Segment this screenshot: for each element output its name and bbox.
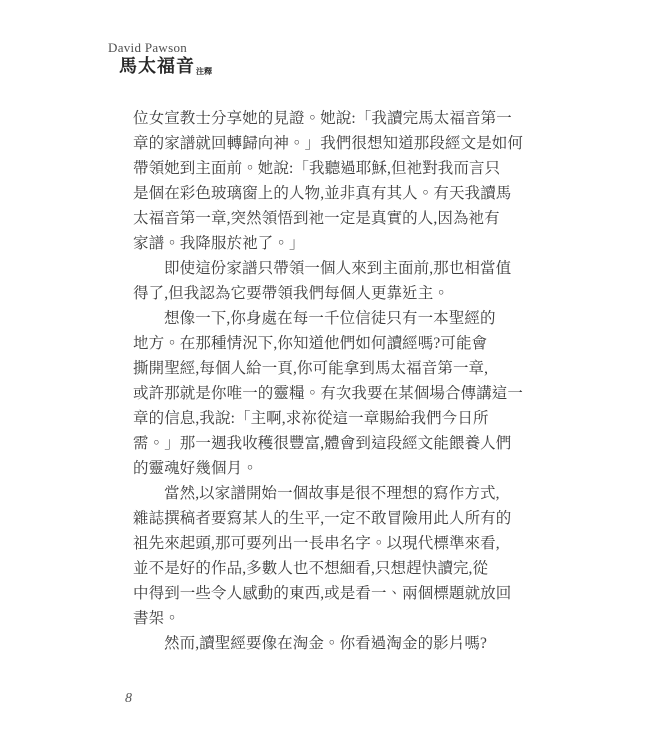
- text-line: 帶領她到主面前。她說:「我聽過耶穌,但祂對我而言只: [133, 156, 533, 181]
- text-line: 並不是好的作品,多數人也不想細看,只想趕快讀完,從: [133, 556, 533, 581]
- body-text: 位女宣教士分享她的見證。她說:「我讀完馬太福音第一章的家譜就回轉歸向神。」我們很…: [133, 106, 533, 656]
- text-line: 撕開聖經,每個人給一頁,你可能拿到馬太福音第一章,: [133, 356, 533, 381]
- text-line: 太福音第一章,突然領悟到祂一定是真實的人,因為祂有: [133, 206, 533, 231]
- text-line: 書架。: [133, 606, 533, 631]
- running-head: David Pawson 馬太福音注釋: [108, 40, 211, 80]
- book-page: David Pawson 馬太福音注釋 位女宣教士分享她的見證。她說:「我讀完馬…: [0, 0, 650, 750]
- text-line: 家譜。我降服於祂了。」: [133, 231, 533, 256]
- text-line: 想像一下,你身處在每一千位信徒只有一本聖經的: [133, 306, 533, 331]
- text-line: 需。」那一週我收穫很豐富,體會到這段經文能餵養人們: [133, 431, 533, 456]
- text-line: 的靈魂好幾個月。: [133, 456, 533, 481]
- book-title: 馬太福音: [119, 56, 195, 76]
- text-line: 得了,但我認為它要帶領我們每個人更靠近主。: [133, 281, 533, 306]
- book-title-line: 馬太福音注釋: [108, 56, 211, 80]
- text-line: 章的家譜就回轉歸向神。」我們很想知道那段經文是如何: [133, 131, 533, 156]
- text-line: 或許那就是你唯一的靈糧。有次我要在某個場合傳講這一: [133, 381, 533, 406]
- page-number: 8: [125, 691, 132, 707]
- text-line: 即使這份家譜只帶領一個人來到主面前,那也相當值: [133, 256, 533, 281]
- text-line: 章的信息,我說:「主啊,求祢從這一章賜給我們今日所: [133, 406, 533, 431]
- text-line: 然而,讀聖經要像在淘金。你看過淘金的影片嗎?: [133, 631, 533, 656]
- text-line: 中得到一些令人感動的東西,或是看一、兩個標題就放回: [133, 581, 533, 606]
- text-line: 是個在彩色玻璃窗上的人物,並非真有其人。有天我讀馬: [133, 181, 533, 206]
- author-name: David Pawson: [108, 40, 211, 55]
- text-line: 地方。在那種情況下,你知道他們如何讀經嗎?可能會: [133, 331, 533, 356]
- text-line: 位女宣教士分享她的見證。她說:「我讀完馬太福音第一: [133, 106, 533, 131]
- book-title-suffix: 注釋: [196, 67, 212, 76]
- text-line: 雜誌撰稿者要寫某人的生平,一定不敢冒險用此人所有的: [133, 506, 533, 531]
- text-line: 祖先來起頭,那可要列出一長串名字。以現代標準來看,: [133, 531, 533, 556]
- text-line: 當然,以家譜開始一個故事是很不理想的寫作方式,: [133, 481, 533, 506]
